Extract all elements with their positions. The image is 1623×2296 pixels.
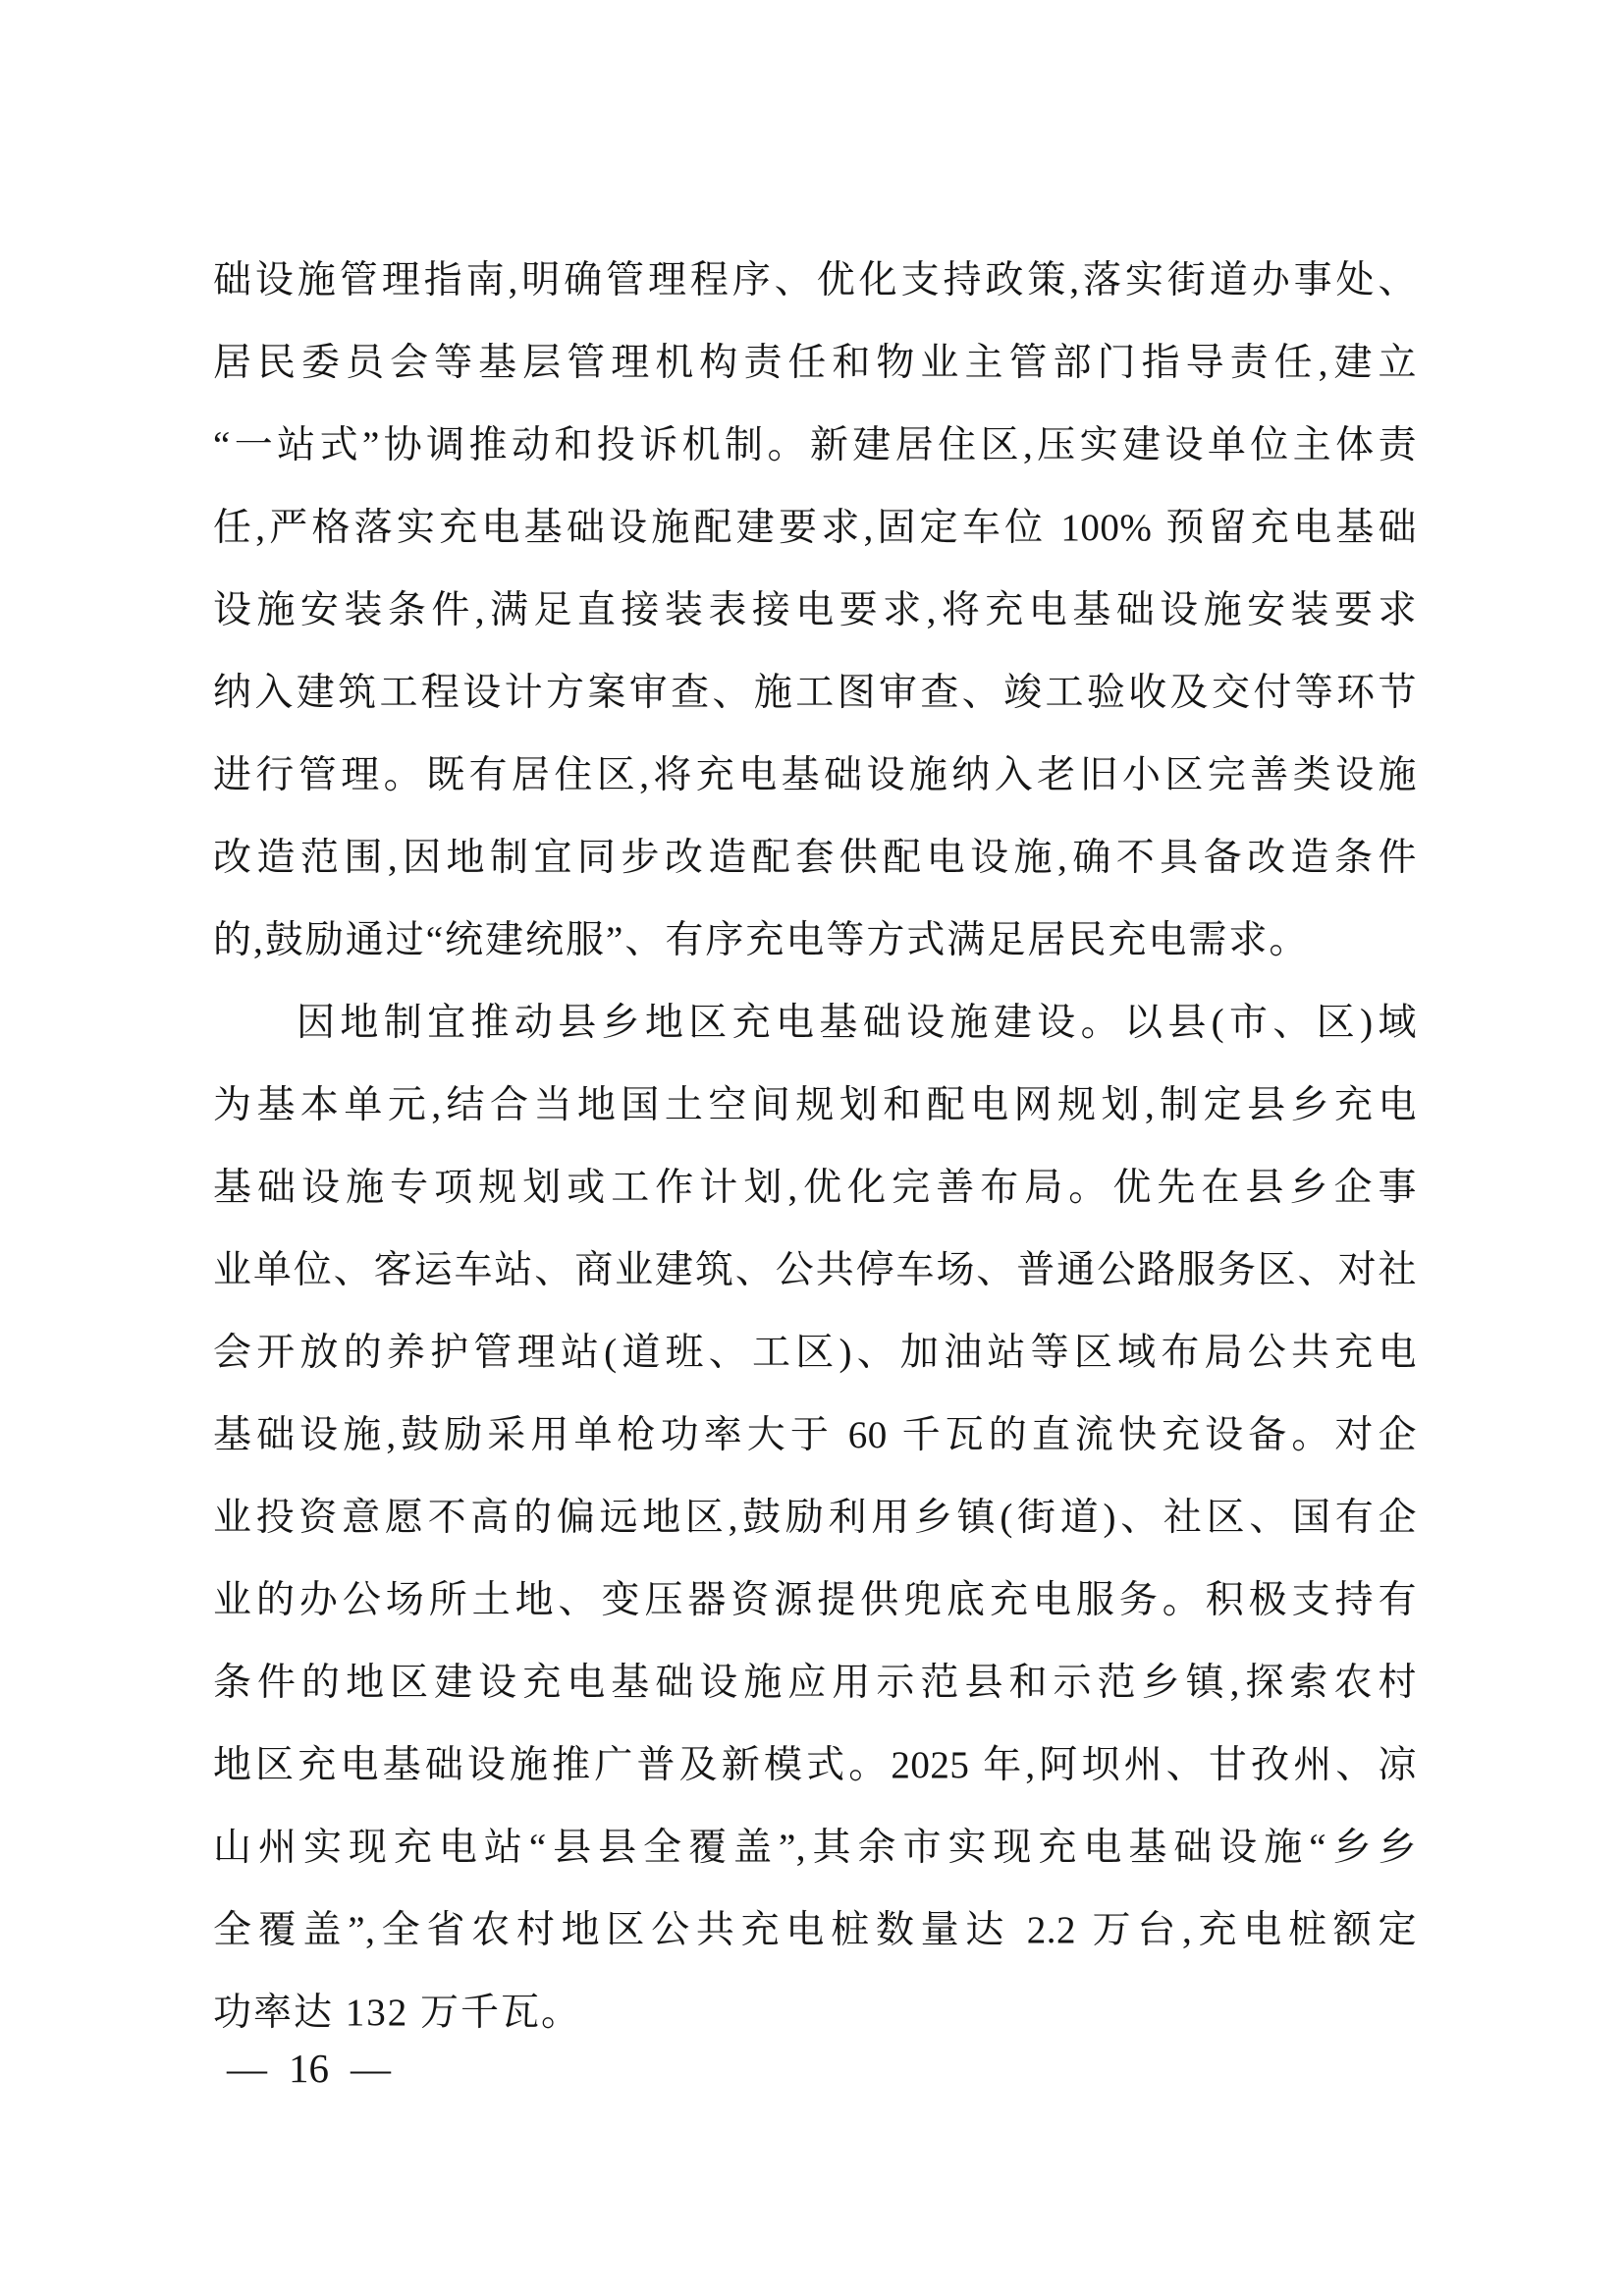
text-line: 业的办公场所土地、变压器资源提供兜底充电服务。积极支持有 xyxy=(213,1559,1417,1642)
text-line: 的,鼓励通过“统建统服”、有序充电等方式满足居民充电需求。 xyxy=(213,900,1417,982)
text-line: “一站式”协调推动和投诉机制。新建居住区,压实建设单位主体责 xyxy=(213,405,1417,487)
text-line: 功率达 132 万千瓦。 xyxy=(213,1972,1417,2054)
document-body: 础设施管理指南,明确管理程序、优化支持政策,落实街道办事处、 居民委员会等基层管… xyxy=(213,240,1417,2054)
page-number: 16 xyxy=(289,2046,329,2091)
text-line: 山州实现充电站“县县全覆盖”,其余市实现充电基础设施“乡乡 xyxy=(213,1807,1417,1889)
text-line: 基础设施专项规划或工作计划,优化完善布局。优先在县乡企事 xyxy=(213,1147,1417,1230)
text-line: 居民委员会等基层管理机构责任和物业主管部门指导责任,建立 xyxy=(213,322,1417,405)
text-line: 础设施管理指南,明确管理程序、优化支持政策,落实街道办事处、 xyxy=(213,240,1417,322)
text-line: 业投资意愿不高的偏远地区,鼓励利用乡镇(街道)、社区、国有企 xyxy=(213,1477,1417,1559)
text-line: 业单位、客运车站、商业建筑、公共停车场、普通公路服务区、对社 xyxy=(213,1230,1417,1312)
text-line: 为基本单元,结合当地国土空间规划和配电网规划,制定县乡充电 xyxy=(213,1065,1417,1147)
text-line: 设施安装条件,满足直接装表接电要求,将充电基础设施安装要求 xyxy=(213,570,1417,652)
text-line: 全覆盖”,全省农村地区公共充电桩数量达 2.2 万台,充电桩额定 xyxy=(213,1889,1417,1972)
text-line: 会开放的养护管理站(道班、工区)、加油站等区域布局公共充电 xyxy=(213,1312,1417,1394)
text-line: 基础设施,鼓励采用单枪功率大于 60 千瓦的直流快充设备。对企 xyxy=(213,1394,1417,1477)
page-footer: — 16 — xyxy=(227,2046,391,2091)
text-line: 地区充电基础设施推广普及新模式。2025 年,阿坝州、甘孜州、凉 xyxy=(213,1724,1417,1807)
text-line: 进行管理。既有居住区,将充电基础设施纳入老旧小区完善类设施 xyxy=(213,735,1417,817)
text-line: 任,严格落实充电基础设施配建要求,固定车位 100% 预留充电基础 xyxy=(213,487,1417,570)
footer-dash-right: — xyxy=(351,2046,391,2091)
text-line: 因地制宜推动县乡地区充电基础设施建设。以县(市、区)域 xyxy=(213,982,1417,1065)
text-line: 改造范围,因地制宜同步改造配套供配电设施,确不具备改造条件 xyxy=(213,817,1417,900)
text-line: 条件的地区建设充电基础设施应用示范县和示范乡镇,探索农村 xyxy=(213,1642,1417,1724)
document-page: { "document": { "lines": [ "础设施管理指南,明确管理… xyxy=(0,0,1623,2296)
footer-dash-left: — xyxy=(227,2046,267,2091)
text-line: 纳入建筑工程设计方案审查、施工图审查、竣工验收及交付等环节 xyxy=(213,652,1417,735)
page-background: 础设施管理指南,明确管理程序、优化支持政策,落实街道办事处、 居民委员会等基层管… xyxy=(0,0,1623,2296)
